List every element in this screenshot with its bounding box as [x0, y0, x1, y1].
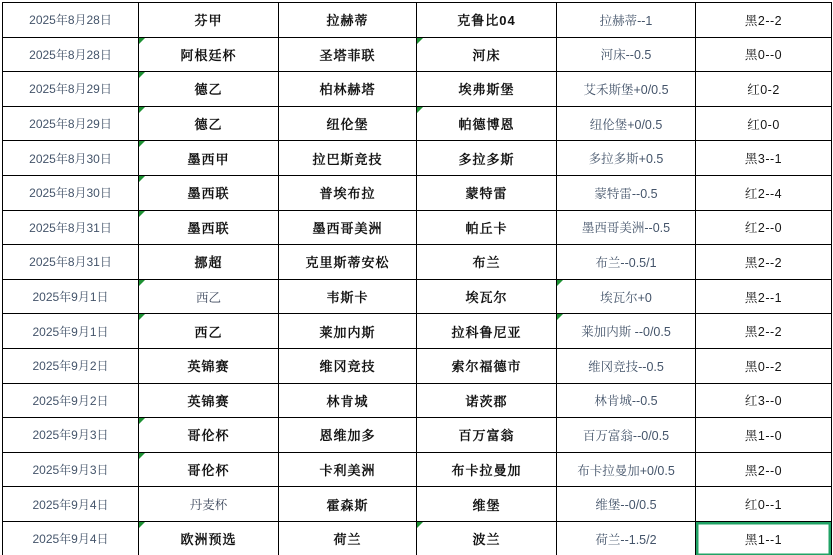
comment-triangle-icon — [139, 211, 145, 217]
away-text: 蒙特雷 — [465, 186, 507, 201]
league-text: 西乙 — [196, 291, 221, 305]
cell-league[interactable]: 英锦赛 — [139, 348, 279, 383]
cell-home[interactable]: 普埃布拉 — [279, 175, 417, 210]
cell-home[interactable]: 拉巴斯竞技 — [279, 141, 417, 176]
cell-league[interactable]: 丹麦杯 — [139, 487, 279, 522]
date-text: 2025年8月29日 — [29, 117, 112, 131]
cell-away[interactable]: 蒙特雷 — [417, 175, 557, 210]
home-text: 韦斯卡 — [326, 290, 368, 305]
league-text: 哥伦杯 — [187, 463, 229, 478]
cell-result[interactable]: 黑2--1 — [696, 279, 832, 314]
home-text: 普埃布拉 — [319, 186, 375, 201]
result-text: 黑2--2 — [745, 325, 782, 339]
comment-triangle-icon — [139, 176, 145, 182]
cell-away[interactable]: 河床 — [417, 37, 557, 72]
away-text: 帕德博恩 — [458, 117, 514, 132]
date-text: 2025年8月28日 — [29, 13, 112, 27]
cell-handicap[interactable]: 艾禾斯堡+0/0.5 — [557, 72, 696, 107]
comment-triangle-icon — [417, 38, 423, 44]
home-text: 莱加内斯 — [319, 325, 375, 340]
cell-league[interactable]: 挪超 — [139, 245, 279, 280]
cell-home[interactable]: 纽伦堡 — [279, 106, 417, 141]
cell-home[interactable]: 拉赫蒂 — [279, 3, 417, 38]
cell-league[interactable]: 哥伦杯 — [139, 418, 279, 453]
home-text: 纽伦堡 — [326, 117, 368, 132]
cell-handicap[interactable]: 布卡拉曼加+0/0.5 — [557, 452, 696, 487]
comment-triangle-icon — [557, 280, 563, 286]
comment-triangle-icon — [139, 314, 145, 320]
cell-league[interactable]: 德乙 — [139, 72, 279, 107]
cell-away[interactable]: 拉科鲁尼亚 — [417, 314, 557, 349]
handicap-text: 荷兰--1.5/2 — [595, 533, 656, 547]
comment-triangle-icon — [139, 107, 145, 113]
away-text: 波兰 — [472, 532, 500, 547]
cell-result[interactable]: 黑0--2 — [696, 348, 832, 383]
results-table: 2025年8月28日芬甲拉赫蒂克鲁比04拉赫蒂--1黑2--22025年8月28… — [2, 2, 832, 555]
cell-result[interactable]: 红3--0 — [696, 383, 832, 418]
cell-date[interactable]: 2025年9月1日 — [3, 279, 139, 314]
cell-home[interactable]: 恩维加多 — [279, 418, 417, 453]
cell-handicap[interactable]: 蒙特雷--0.5 — [557, 175, 696, 210]
table-row: 2025年8月30日墨西甲拉巴斯竞技多拉多斯多拉多斯+0.5黑3--1 — [3, 141, 832, 176]
cell-date[interactable]: 2025年8月29日 — [3, 106, 139, 141]
league-text: 西乙 — [194, 325, 222, 340]
handicap-text: 埃瓦尔+0 — [600, 291, 652, 305]
home-text: 林肯城 — [326, 394, 368, 409]
table-row: 2025年9月3日哥伦杯恩维加多百万富翁百万富翁--0/0.5黑1--0 — [3, 418, 832, 453]
cell-handicap[interactable]: 墨西哥美洲--0.5 — [557, 210, 696, 245]
away-text: 埃弗斯堡 — [458, 82, 514, 97]
league-text: 墨西甲 — [187, 152, 229, 167]
table-row: 2025年9月4日欧洲预选荷兰波兰荷兰--1.5/2黑1--1 — [3, 521, 832, 555]
date-text: 2025年9月3日 — [32, 463, 108, 477]
away-text: 埃瓦尔 — [465, 290, 507, 305]
table-row: 2025年9月1日西乙韦斯卡埃瓦尔埃瓦尔+0黑2--1 — [3, 279, 832, 314]
away-text: 布卡拉曼加 — [451, 463, 521, 478]
cell-result-selected[interactable]: 黑1--1 — [696, 521, 832, 555]
home-text: 克里斯蒂安松 — [305, 255, 389, 270]
cell-away[interactable]: 埃瓦尔 — [417, 279, 557, 314]
result-text: 黑2--2 — [745, 14, 782, 28]
home-text: 恩维加多 — [319, 428, 375, 443]
home-text: 卡利美洲 — [319, 463, 375, 478]
cell-handicap[interactable]: 林肯城--0.5 — [557, 383, 696, 418]
result-text: 红0-0 — [747, 118, 780, 132]
cell-date[interactable]: 2025年9月3日 — [3, 418, 139, 453]
league-text: 英锦赛 — [187, 359, 229, 374]
cell-away[interactable]: 克鲁比04 — [417, 3, 557, 38]
result-text: 黑0--2 — [745, 360, 782, 374]
handicap-text: 维堡--0/0.5 — [595, 498, 656, 512]
cell-result[interactable]: 红0--1 — [696, 487, 832, 522]
cell-date[interactable]: 2025年9月3日 — [3, 452, 139, 487]
cell-result[interactable]: 黑3--1 — [696, 141, 832, 176]
cell-handicap[interactable]: 百万富翁--0/0.5 — [557, 418, 696, 453]
date-text: 2025年9月2日 — [32, 359, 108, 373]
cell-away[interactable]: 帕德博恩 — [417, 106, 557, 141]
cell-home[interactable]: 荷兰 — [279, 521, 417, 555]
cell-date[interactable]: 2025年9月4日 — [3, 487, 139, 522]
comment-triangle-icon — [139, 522, 145, 528]
away-text: 百万富翁 — [458, 428, 514, 443]
handicap-text: 林肯城--0.5 — [594, 394, 657, 408]
cell-away[interactable]: 布兰 — [417, 245, 557, 280]
league-text: 欧洲预选 — [180, 532, 236, 547]
result-text: 红3--0 — [745, 394, 782, 408]
cell-date[interactable]: 2025年9月2日 — [3, 348, 139, 383]
date-text: 2025年8月28日 — [29, 48, 112, 62]
league-text: 阿根廷杯 — [180, 48, 236, 63]
league-text: 英锦赛 — [187, 394, 229, 409]
away-text: 多拉多斯 — [458, 152, 514, 167]
handicap-text: 纽伦堡+0/0.5 — [590, 118, 663, 132]
cell-result[interactable]: 黑2--0 — [696, 452, 832, 487]
away-text: 拉科鲁尼亚 — [451, 325, 521, 340]
handicap-text: 布卡拉曼加+0/0.5 — [577, 464, 675, 478]
handicap-text: 艾禾斯堡+0/0.5 — [583, 83, 668, 97]
league-text: 墨西联 — [187, 186, 229, 201]
table-row: 2025年8月28日芬甲拉赫蒂克鲁比04拉赫蒂--1黑2--2 — [3, 3, 832, 38]
cell-away[interactable]: 波兰 — [417, 521, 557, 555]
cell-home[interactable]: 卡利美洲 — [279, 452, 417, 487]
result-text: 红0-2 — [747, 83, 780, 97]
cell-league[interactable]: 西乙 — [139, 314, 279, 349]
cell-league[interactable]: 墨西联 — [139, 210, 279, 245]
cell-result[interactable]: 红2--0 — [696, 210, 832, 245]
home-text: 柏林赫塔 — [319, 82, 375, 97]
cell-result[interactable]: 黑0--0 — [696, 37, 832, 72]
cell-away[interactable]: 埃弗斯堡 — [417, 72, 557, 107]
league-text: 丹麦杯 — [190, 498, 228, 512]
handicap-text: 布兰--0.5/1 — [595, 256, 656, 270]
result-text: 黑3--1 — [745, 152, 782, 166]
handicap-text: 拉赫蒂--1 — [600, 14, 653, 28]
result-text: 黑0--0 — [745, 48, 782, 62]
cell-home[interactable]: 莱加内斯 — [279, 314, 417, 349]
date-text: 2025年9月1日 — [32, 290, 108, 304]
league-text: 德乙 — [194, 117, 222, 132]
table-row: 2025年8月29日德乙柏林赫塔埃弗斯堡艾禾斯堡+0/0.5红0-2 — [3, 72, 832, 107]
cell-date[interactable]: 2025年9月4日 — [3, 521, 139, 555]
date-text: 2025年8月30日 — [29, 186, 112, 200]
result-text: 黑2--0 — [745, 464, 782, 478]
cell-handicap[interactable]: 埃瓦尔+0 — [557, 279, 696, 314]
table-row: 2025年8月31日墨西联墨西哥美洲帕丘卡墨西哥美洲--0.5红2--0 — [3, 210, 832, 245]
home-text: 拉赫蒂 — [326, 13, 368, 28]
away-text: 帕丘卡 — [465, 221, 507, 236]
cell-away[interactable]: 百万富翁 — [417, 418, 557, 453]
table-row: 2025年8月28日阿根廷杯圣塔菲联河床河床--0.5黑0--0 — [3, 37, 832, 72]
league-text: 德乙 — [194, 82, 222, 97]
result-text: 黑1--0 — [745, 429, 782, 443]
handicap-text: 维冈竞技--0.5 — [588, 360, 664, 374]
cell-league[interactable]: 哥伦杯 — [139, 452, 279, 487]
cell-home[interactable]: 林肯城 — [279, 383, 417, 418]
date-text: 2025年9月3日 — [32, 428, 108, 442]
cell-away[interactable]: 帕丘卡 — [417, 210, 557, 245]
cell-away[interactable]: 索尔福德市 — [417, 348, 557, 383]
away-text: 维堡 — [472, 498, 500, 513]
cell-date[interactable]: 2025年8月28日 — [3, 37, 139, 72]
cell-home[interactable]: 韦斯卡 — [279, 279, 417, 314]
home-text: 墨西哥美洲 — [312, 221, 382, 236]
cell-result[interactable]: 黑2--2 — [696, 3, 832, 38]
cell-handicap[interactable]: 维冈竞技--0.5 — [557, 348, 696, 383]
home-text: 圣塔菲联 — [319, 48, 375, 63]
comment-triangle-icon — [139, 280, 145, 286]
handicap-text: 蒙特雷--0.5 — [594, 187, 657, 201]
handicap-text: 河床--0.5 — [601, 48, 652, 62]
result-text: 黑1--1 — [745, 533, 782, 547]
comment-triangle-icon — [139, 453, 145, 459]
handicap-text: 多拉多斯+0.5 — [589, 152, 664, 166]
table-row: 2025年8月31日挪超克里斯蒂安松布兰布兰--0.5/1黑2--2 — [3, 245, 832, 280]
date-text: 2025年8月29日 — [29, 82, 112, 96]
league-text: 挪超 — [194, 255, 222, 270]
table-row: 2025年9月2日英锦赛维冈竞技索尔福德市维冈竞技--0.5黑0--2 — [3, 348, 832, 383]
date-text: 2025年9月4日 — [32, 532, 108, 546]
result-text: 红2--4 — [745, 187, 782, 201]
home-text: 拉巴斯竞技 — [312, 152, 382, 167]
home-text: 霍森斯 — [326, 498, 368, 513]
cell-handicap[interactable]: 莱加内斯 --0/0.5 — [557, 314, 696, 349]
cell-home[interactable]: 墨西哥美洲 — [279, 210, 417, 245]
cell-league[interactable]: 英锦赛 — [139, 383, 279, 418]
away-text: 诺茨郡 — [465, 394, 507, 409]
cell-handicap[interactable]: 荷兰--1.5/2 — [557, 521, 696, 555]
comment-triangle-icon — [139, 141, 145, 147]
table-row: 2025年9月1日西乙莱加内斯拉科鲁尼亚莱加内斯 --0/0.5黑2--2 — [3, 314, 832, 349]
cell-result[interactable]: 红2--4 — [696, 175, 832, 210]
cell-league[interactable]: 欧洲预选 — [139, 521, 279, 555]
cell-handicap[interactable]: 多拉多斯+0.5 — [557, 141, 696, 176]
result-text: 黑2--1 — [745, 291, 782, 305]
cell-away[interactable]: 诺茨郡 — [417, 383, 557, 418]
result-text: 红2--0 — [745, 221, 782, 235]
cell-home[interactable]: 圣塔菲联 — [279, 37, 417, 72]
comment-triangle-icon — [417, 522, 423, 528]
cell-date[interactable]: 2025年9月2日 — [3, 383, 139, 418]
cell-date[interactable]: 2025年8月28日 — [3, 3, 139, 38]
results-table-body: 2025年8月28日芬甲拉赫蒂克鲁比04拉赫蒂--1黑2--22025年8月28… — [3, 3, 832, 555]
home-text: 维冈竞技 — [319, 359, 375, 374]
cell-date[interactable]: 2025年8月31日 — [3, 245, 139, 280]
result-text: 黑2--2 — [745, 256, 782, 270]
comment-triangle-icon — [139, 72, 145, 78]
cell-league[interactable]: 芬甲 — [139, 3, 279, 38]
cell-league[interactable]: 德乙 — [139, 106, 279, 141]
cell-handicap[interactable]: 布兰--0.5/1 — [557, 245, 696, 280]
comment-triangle-icon — [557, 314, 563, 320]
cell-league[interactable]: 西乙 — [139, 279, 279, 314]
cell-league[interactable]: 阿根廷杯 — [139, 37, 279, 72]
result-text: 红0--1 — [745, 498, 782, 512]
cell-league[interactable]: 墨西联 — [139, 175, 279, 210]
comment-triangle-icon — [139, 418, 145, 424]
cell-home[interactable]: 维冈竞技 — [279, 348, 417, 383]
handicap-text: 墨西哥美洲--0.5 — [582, 221, 670, 235]
cell-away[interactable]: 维堡 — [417, 487, 557, 522]
table-row: 2025年8月29日德乙纽伦堡帕德博恩纽伦堡+0/0.5红0-0 — [3, 106, 832, 141]
cell-date[interactable]: 2025年8月31日 — [3, 210, 139, 245]
cell-handicap[interactable]: 维堡--0/0.5 — [557, 487, 696, 522]
table-row: 2025年9月4日丹麦杯霍森斯维堡维堡--0/0.5红0--1 — [3, 487, 832, 522]
league-text: 哥伦杯 — [187, 428, 229, 443]
cell-handicap[interactable]: 河床--0.5 — [557, 37, 696, 72]
date-text: 2025年8月30日 — [29, 152, 112, 166]
comment-triangle-icon — [417, 107, 423, 113]
handicap-text: 百万富翁--0/0.5 — [583, 429, 669, 443]
cell-home[interactable]: 克里斯蒂安松 — [279, 245, 417, 280]
league-text: 芬甲 — [194, 13, 222, 28]
date-text: 2025年9月4日 — [32, 498, 108, 512]
cell-handicap[interactable]: 拉赫蒂--1 — [557, 3, 696, 38]
cell-home[interactable]: 柏林赫塔 — [279, 72, 417, 107]
cell-result[interactable]: 红0-2 — [696, 72, 832, 107]
date-text: 2025年9月2日 — [32, 394, 108, 408]
cell-date[interactable]: 2025年8月29日 — [3, 72, 139, 107]
cell-handicap[interactable]: 纽伦堡+0/0.5 — [557, 106, 696, 141]
away-text: 布兰 — [472, 255, 500, 270]
cell-result[interactable]: 红0-0 — [696, 106, 832, 141]
date-text: 2025年9月1日 — [32, 325, 108, 339]
home-text: 荷兰 — [333, 532, 361, 547]
cell-away[interactable]: 布卡拉曼加 — [417, 452, 557, 487]
cell-date[interactable]: 2025年9月1日 — [3, 314, 139, 349]
away-text: 索尔福德市 — [451, 359, 521, 374]
cell-date[interactable]: 2025年8月30日 — [3, 175, 139, 210]
cell-away[interactable]: 多拉多斯 — [417, 141, 557, 176]
away-text: 克鲁比04 — [457, 13, 515, 28]
comment-triangle-icon — [139, 38, 145, 44]
cell-result[interactable]: 黑2--2 — [696, 314, 832, 349]
table-row: 2025年9月3日哥伦杯卡利美洲布卡拉曼加布卡拉曼加+0/0.5黑2--0 — [3, 452, 832, 487]
date-text: 2025年8月31日 — [29, 221, 112, 235]
date-text: 2025年8月31日 — [29, 255, 112, 269]
cell-result[interactable]: 黑2--2 — [696, 245, 832, 280]
league-text: 墨西联 — [187, 221, 229, 236]
handicap-text: 莱加内斯 --0/0.5 — [581, 325, 671, 339]
away-text: 河床 — [472, 48, 500, 63]
table-row: 2025年9月2日英锦赛林肯城诺茨郡林肯城--0.5红3--0 — [3, 383, 832, 418]
table-row: 2025年8月30日墨西联普埃布拉蒙特雷蒙特雷--0.5红2--4 — [3, 175, 832, 210]
cell-league[interactable]: 墨西甲 — [139, 141, 279, 176]
cell-result[interactable]: 黑1--0 — [696, 418, 832, 453]
cell-home[interactable]: 霍森斯 — [279, 487, 417, 522]
cell-date[interactable]: 2025年8月30日 — [3, 141, 139, 176]
